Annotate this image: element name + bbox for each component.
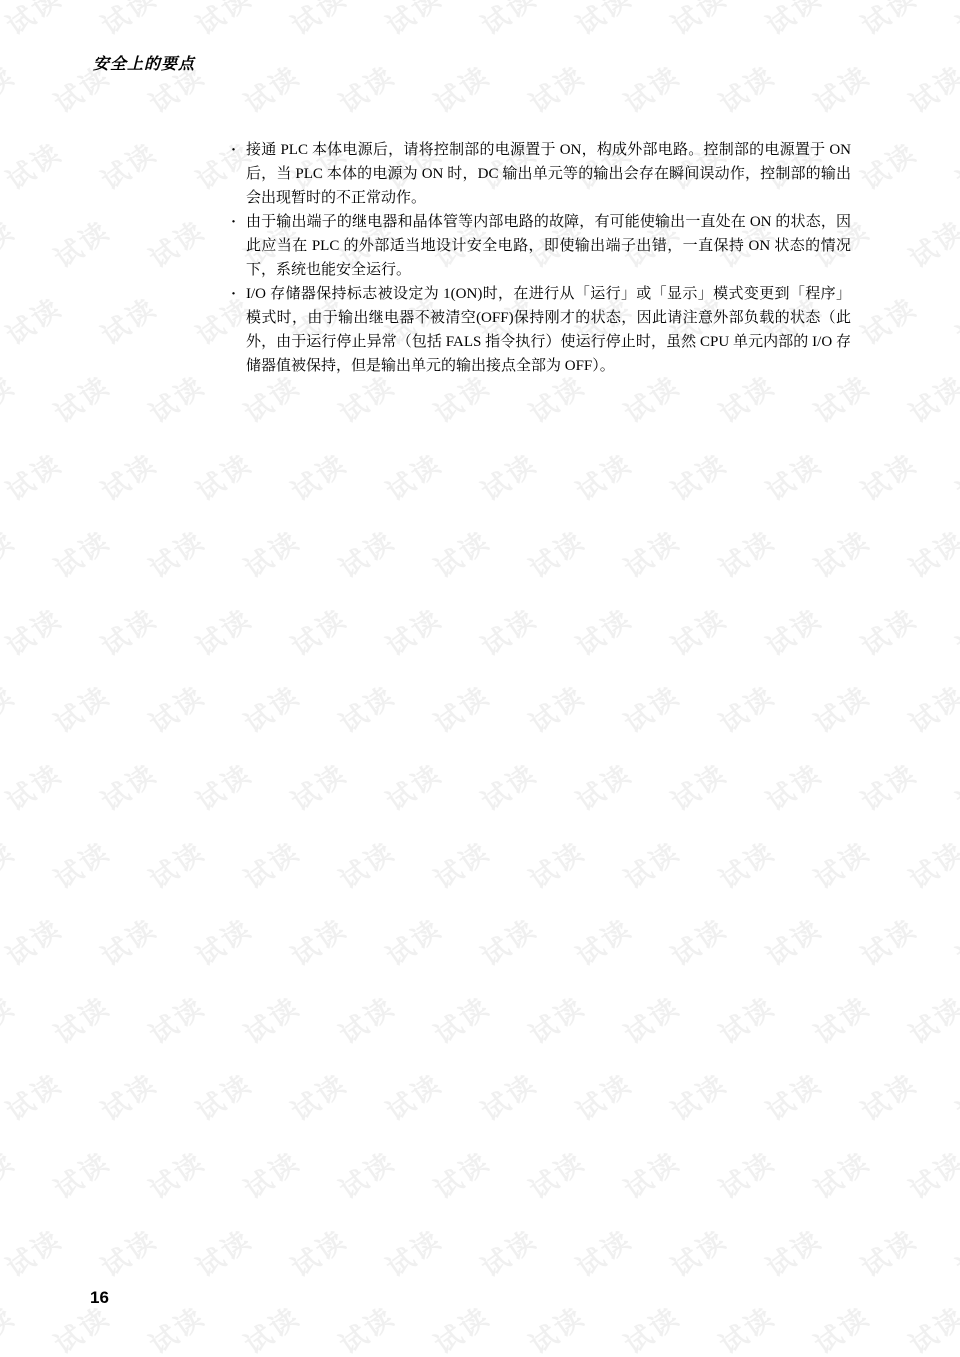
watermark: 试读 xyxy=(757,1218,829,1284)
watermark: 试读 xyxy=(710,675,782,741)
watermark: 试读 xyxy=(140,1296,212,1357)
watermark: 试读 xyxy=(187,752,259,818)
watermark: 试读 xyxy=(425,830,497,896)
watermark: 试读 xyxy=(852,908,924,974)
watermark: 试读 xyxy=(92,442,164,508)
watermark: 试读 xyxy=(0,0,69,43)
bullet-item: · I/O 存储器保持标志被设定为 1(ON)时，在进行从「运行」或「显示」模式… xyxy=(231,282,851,378)
watermark: 试读 xyxy=(187,442,259,508)
watermark: 试读 xyxy=(0,675,22,741)
watermark: 试读 xyxy=(92,287,164,353)
watermark: 试读 xyxy=(425,1140,497,1206)
content-area: · 接通 PLC 本体电源后，请将控制部的电源置于 ON，构成外部电路。控制部的… xyxy=(231,138,851,378)
watermark: 试读 xyxy=(0,1218,69,1284)
watermark: 试读 xyxy=(0,520,22,586)
bullet-item: · 接通 PLC 本体电源后，请将控制部的电源置于 ON，构成外部电路。控制部的… xyxy=(231,138,851,210)
watermark: 试读 xyxy=(662,0,734,43)
watermark: 试读 xyxy=(757,1063,829,1129)
watermark: 试读 xyxy=(0,287,69,353)
watermark: 试读 xyxy=(45,830,117,896)
watermark: 试读 xyxy=(852,752,924,818)
watermark: 试读 xyxy=(852,132,924,198)
watermark: 试读 xyxy=(282,0,354,43)
watermark: 试读 xyxy=(520,520,592,586)
watermark: 试读 xyxy=(662,908,734,974)
watermark: 试读 xyxy=(757,442,829,508)
watermark: 试读 xyxy=(187,0,259,43)
watermark: 试读 xyxy=(45,209,117,275)
watermark: 试读 xyxy=(187,597,259,663)
watermark: 试读 xyxy=(0,752,69,818)
watermark: 试读 xyxy=(330,985,402,1051)
watermark: 试读 xyxy=(567,1063,639,1129)
watermark: 试读 xyxy=(140,830,212,896)
watermark: 试读 xyxy=(567,1218,639,1284)
watermark: 试读 xyxy=(520,1296,592,1357)
watermark: 试读 xyxy=(947,908,960,974)
watermark: 试读 xyxy=(662,752,734,818)
watermark: 试读 xyxy=(92,1218,164,1284)
page-header: 安全上的要点 xyxy=(93,51,195,74)
watermark: 试读 xyxy=(520,1140,592,1206)
watermark: 试读 xyxy=(92,752,164,818)
watermark: 试读 xyxy=(425,675,497,741)
watermark: 试读 xyxy=(45,520,117,586)
watermark: 试读 xyxy=(377,0,449,43)
watermark: 试读 xyxy=(947,1218,960,1284)
watermark: 试读 xyxy=(282,752,354,818)
bullet-text: 接通 PLC 本体电源后，请将控制部的电源置于 ON，构成外部电路。控制部的电源… xyxy=(246,142,851,206)
watermark: 试读 xyxy=(615,1296,687,1357)
watermark: 试读 xyxy=(472,752,544,818)
watermark: 试读 xyxy=(615,985,687,1051)
watermark: 试读 xyxy=(0,830,22,896)
watermark: 试读 xyxy=(0,442,69,508)
watermark: 试读 xyxy=(330,830,402,896)
watermark: 试读 xyxy=(947,287,960,353)
watermark: 试读 xyxy=(235,1296,307,1357)
watermark: 试读 xyxy=(377,752,449,818)
watermark: 试读 xyxy=(330,1296,402,1357)
watermark: 试读 xyxy=(520,830,592,896)
watermark: 试读 xyxy=(235,54,307,120)
watermark: 试读 xyxy=(0,597,69,663)
watermark: 试读 xyxy=(377,908,449,974)
watermark: 试读 xyxy=(947,442,960,508)
watermark: 试读 xyxy=(947,1063,960,1129)
watermark: 试读 xyxy=(710,985,782,1051)
watermark: 试读 xyxy=(900,830,960,896)
page-number: 16 xyxy=(90,1288,109,1308)
watermark: 试读 xyxy=(615,54,687,120)
watermark: 试读 xyxy=(710,520,782,586)
watermark: 试读 xyxy=(0,54,22,120)
watermark: 试读 xyxy=(900,675,960,741)
watermark: 试读 xyxy=(282,1218,354,1284)
watermark: 试读 xyxy=(852,1218,924,1284)
watermark: 试读 xyxy=(757,0,829,43)
watermark: 试读 xyxy=(92,597,164,663)
watermark: 试读 xyxy=(567,752,639,818)
watermark: 试读 xyxy=(0,1296,22,1357)
watermark: 试读 xyxy=(710,1296,782,1357)
bullet-marker: · xyxy=(231,210,236,234)
watermark: 试读 xyxy=(282,597,354,663)
watermark: 试读 xyxy=(662,597,734,663)
watermark: 试读 xyxy=(472,0,544,43)
watermark: 试读 xyxy=(92,132,164,198)
watermark: 试读 xyxy=(0,985,22,1051)
watermark: 试读 xyxy=(900,1296,960,1357)
watermark: 试读 xyxy=(805,830,877,896)
watermark: 试读 xyxy=(45,364,117,430)
watermark: 试读 xyxy=(140,520,212,586)
watermark: 试读 xyxy=(0,908,69,974)
watermark: 试读 xyxy=(187,908,259,974)
watermark: 试读 xyxy=(377,442,449,508)
watermark: 试读 xyxy=(852,597,924,663)
watermark: 试读 xyxy=(900,364,960,430)
watermark: 试读 xyxy=(45,675,117,741)
watermark: 试读 xyxy=(0,1063,69,1129)
watermark: 试读 xyxy=(567,908,639,974)
watermark: 试读 xyxy=(472,1063,544,1129)
watermark: 试读 xyxy=(852,442,924,508)
watermark: 试读 xyxy=(425,520,497,586)
watermark: 试读 xyxy=(0,132,69,198)
watermark: 试读 xyxy=(330,54,402,120)
watermark: 试读 xyxy=(472,597,544,663)
watermark: 试读 xyxy=(282,908,354,974)
watermark: 试读 xyxy=(140,675,212,741)
watermark: 试读 xyxy=(852,1063,924,1129)
watermark: 试读 xyxy=(947,132,960,198)
watermark: 试读 xyxy=(425,54,497,120)
watermark: 试读 xyxy=(805,520,877,586)
watermark: 试读 xyxy=(947,597,960,663)
watermark: 试读 xyxy=(235,985,307,1051)
watermark: 试读 xyxy=(140,209,212,275)
watermark: 试读 xyxy=(140,364,212,430)
watermark: 试读 xyxy=(45,985,117,1051)
watermark: 试读 xyxy=(0,364,22,430)
document-page: 试读试读试读试读试读试读试读试读试读试读试读试读试读试读试读试读试读试读试读试读… xyxy=(0,0,960,1357)
watermark: 试读 xyxy=(140,1140,212,1206)
watermark: 试读 xyxy=(900,520,960,586)
watermark: 试读 xyxy=(900,985,960,1051)
watermark: 试读 xyxy=(472,908,544,974)
watermark: 试读 xyxy=(900,54,960,120)
watermark: 试读 xyxy=(662,442,734,508)
watermark: 试读 xyxy=(805,54,877,120)
watermark: 试读 xyxy=(852,0,924,43)
watermark: 试读 xyxy=(852,287,924,353)
watermark: 试读 xyxy=(235,1140,307,1206)
watermark: 试读 xyxy=(282,1063,354,1129)
watermark: 试读 xyxy=(757,908,829,974)
watermark: 试读 xyxy=(377,597,449,663)
watermark: 试读 xyxy=(92,908,164,974)
watermark: 试读 xyxy=(805,675,877,741)
bullet-item: · 由于输出端子的继电器和晶体管等内部电路的故障，有可能使输出一直处在 ON 的… xyxy=(231,210,851,282)
watermark: 试读 xyxy=(92,0,164,43)
watermark: 试读 xyxy=(567,442,639,508)
watermark: 试读 xyxy=(947,0,960,43)
watermark: 试读 xyxy=(900,209,960,275)
bullet-marker: · xyxy=(231,138,236,162)
watermark: 试读 xyxy=(520,985,592,1051)
watermark: 试读 xyxy=(235,520,307,586)
watermark: 试读 xyxy=(140,985,212,1051)
watermark: 试读 xyxy=(615,830,687,896)
watermark: 试读 xyxy=(947,752,960,818)
watermark: 试读 xyxy=(615,520,687,586)
watermark: 试读 xyxy=(615,1140,687,1206)
watermark: 试读 xyxy=(900,1140,960,1206)
watermark: 试读 xyxy=(567,597,639,663)
watermark: 试读 xyxy=(330,520,402,586)
watermark: 试读 xyxy=(710,1140,782,1206)
watermark: 试读 xyxy=(187,1063,259,1129)
watermark: 试读 xyxy=(710,830,782,896)
watermark: 试读 xyxy=(282,442,354,508)
watermark: 试读 xyxy=(757,752,829,818)
watermark: 试读 xyxy=(520,54,592,120)
watermark: 试读 xyxy=(805,1296,877,1357)
bullet-marker: · xyxy=(231,282,236,306)
watermark: 试读 xyxy=(805,1140,877,1206)
watermark: 试读 xyxy=(520,675,592,741)
watermark: 试读 xyxy=(615,675,687,741)
watermark: 试读 xyxy=(330,1140,402,1206)
watermark: 试读 xyxy=(757,597,829,663)
watermark: 试读 xyxy=(472,442,544,508)
watermark: 试读 xyxy=(662,1063,734,1129)
watermark: 试读 xyxy=(0,1140,22,1206)
watermark: 试读 xyxy=(710,54,782,120)
watermark: 试读 xyxy=(235,675,307,741)
watermark: 试读 xyxy=(377,1063,449,1129)
watermark: 试读 xyxy=(377,1218,449,1284)
watermark: 试读 xyxy=(805,985,877,1051)
watermark: 试读 xyxy=(235,830,307,896)
watermark: 试读 xyxy=(0,209,22,275)
watermark: 试读 xyxy=(425,1296,497,1357)
watermark: 试读 xyxy=(187,1218,259,1284)
watermark: 试读 xyxy=(472,1218,544,1284)
watermark: 试读 xyxy=(92,1063,164,1129)
watermark: 试读 xyxy=(45,1140,117,1206)
bullet-text: I/O 存储器保持标志被设定为 1(ON)时，在进行从「运行」或「显示」模式变更… xyxy=(246,286,851,374)
watermark: 试读 xyxy=(425,985,497,1051)
watermark: 试读 xyxy=(662,1218,734,1284)
watermark: 试读 xyxy=(567,0,639,43)
watermark: 试读 xyxy=(330,675,402,741)
bullet-text: 由于输出端子的继电器和晶体管等内部电路的故障，有可能使输出一直处在 ON 的状态… xyxy=(246,214,851,278)
